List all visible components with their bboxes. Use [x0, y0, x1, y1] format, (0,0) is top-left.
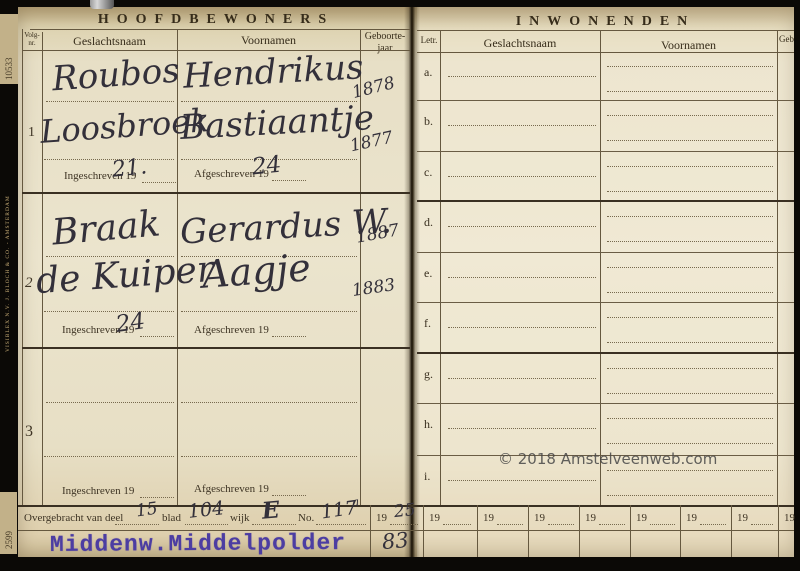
row-letter: i. [424, 469, 430, 484]
ruling-dotted-line [607, 342, 773, 343]
inwonenden-title: INWONENDEN [417, 14, 794, 30]
year-cell-label: 19 [376, 513, 387, 524]
column-header-geslachtsnaam: Geslachtsnaam [42, 35, 177, 49]
binder-post [90, 0, 114, 9]
inwonenden-row: d. [417, 200, 794, 254]
year-cell-label: 19 [636, 513, 647, 524]
ruling-dotted-line [607, 140, 773, 141]
ruling-dotted-line [272, 180, 306, 181]
inwonenden-row: a. [417, 52, 794, 100]
ingeschreven-label: Ingeschreven 19 [62, 486, 134, 497]
ruling-dotted-line [607, 393, 773, 394]
row-letter: g. [424, 367, 433, 382]
handwritten-deel: 15 [135, 501, 159, 521]
handwritten-surname: Braak [51, 206, 162, 251]
year-cell-label: 19 [737, 513, 748, 524]
row-letter: f. [424, 316, 431, 331]
handwritten-firstname: Aagje [201, 248, 312, 293]
ruling-dotted-line [448, 176, 596, 177]
year-cell-label: 19 [483, 513, 494, 524]
ruling-dotted-line [607, 241, 773, 242]
grid-line [579, 505, 580, 557]
entry-number: 1 [28, 126, 35, 140]
year-cell-label: 19 [585, 513, 596, 524]
ruling-dotted-line [599, 524, 625, 525]
afgeschreven-label: Afgeschreven 19 [194, 325, 269, 336]
handwritten-firstname: Hendrikus [182, 50, 364, 93]
ruling-dotted-line [140, 497, 174, 498]
ruling-dotted-line [607, 495, 773, 496]
handwritten-year: 25 [393, 502, 416, 521]
ruling-dotted-line [607, 418, 773, 419]
ruling-dotted-line [497, 524, 523, 525]
inwonenden-row: b. [417, 100, 794, 152]
grid-line [680, 505, 681, 557]
ruling-dotted-line [607, 191, 773, 192]
ruling-dotted-line [448, 428, 596, 429]
ruling-dotted-line [448, 226, 596, 227]
grid-line [423, 505, 424, 557]
column-header-inw-voornamen: Voornamen [600, 39, 777, 53]
ruling-dotted-line [448, 378, 596, 379]
grid-line [778, 505, 779, 557]
ruling-dotted-line [751, 524, 773, 525]
ruling-dotted-line [700, 524, 726, 525]
ruling-dotted-line [650, 524, 675, 525]
ruling-dotted-line [448, 277, 596, 278]
grid-line [630, 505, 631, 557]
ruling-dotted-line [181, 311, 357, 312]
column-header-voornamen: Voornamen [177, 34, 360, 48]
ruling-dotted-line [142, 182, 176, 183]
no-label: No. [298, 513, 314, 524]
grid-line [528, 505, 529, 557]
year-cell-label: 19 [534, 513, 545, 524]
handwritten-year: 21. [111, 156, 148, 182]
inwonenden-row: f. [417, 302, 794, 353]
handwritten-wijk: E [261, 498, 280, 522]
ruling-dotted-line [607, 470, 773, 471]
printer-mark: VISIBLEX N.V. J. BLOCH & CO. - AMSTERDAM [5, 195, 11, 352]
entry-separator [22, 192, 410, 194]
year-cell-label: 19 [429, 513, 440, 524]
ruling-dotted-line [44, 456, 174, 457]
ruling-dotted-line [115, 524, 159, 525]
ruling-dotted-line [607, 267, 773, 268]
ruling-dotted-line [181, 402, 357, 403]
row-letter: e. [424, 266, 432, 281]
hoofdbewoners-title: HOOFDBEWONERS [22, 12, 410, 28]
handwritten-blad: 104 [187, 499, 225, 522]
ruling-dotted-line [607, 91, 773, 92]
handwritten-value: 83 [381, 530, 409, 553]
grid-line [477, 505, 478, 557]
column-header-inw-geslachtsnaam: Geslachtsnaam [440, 37, 600, 51]
ruling-dotted-line [252, 524, 296, 525]
ruling-dotted-line [448, 480, 596, 481]
grid-line [22, 29, 23, 505]
handwritten-year: 24 [115, 310, 147, 337]
entry-number: 2 [25, 276, 33, 291]
ruling-dotted-line [140, 336, 174, 337]
inwonenden-row: c. [417, 151, 794, 201]
serial-number-bottom: 2599 [4, 531, 14, 549]
ruling-dotted-line [607, 115, 773, 116]
ruling-dotted-line [607, 368, 773, 369]
row-letter: b. [424, 114, 433, 129]
handwritten-year: 24 [251, 154, 283, 180]
blad-label: blad [162, 513, 181, 524]
ruling-dotted-line [316, 524, 366, 525]
row-letter: a. [424, 65, 432, 80]
ruling-dotted-line [448, 125, 596, 126]
year-cell-label: 19 [686, 513, 697, 524]
ruling-dotted-line [448, 76, 596, 77]
year-cell-label: 19 [784, 513, 795, 524]
ruling-dotted-line [44, 311, 174, 312]
handwritten-firstname: Bastiaantje [179, 101, 375, 145]
grid-line [370, 505, 371, 557]
ruling-dotted-line [272, 336, 306, 337]
wijk-label: wijk [230, 513, 250, 524]
grid-line [731, 505, 732, 557]
column-header-inw-geboortejaar: Geb. [779, 34, 794, 44]
copyright-watermark: © 2018 Amstelveenweb.com [498, 450, 717, 468]
ruling-dotted-line [607, 66, 773, 67]
inwonenden-row: g. [417, 352, 794, 405]
entry-number: 3 [25, 424, 33, 440]
ruling-dotted-line [607, 216, 773, 217]
serial-number-top: 10533 [4, 58, 14, 81]
row-letter: c. [424, 165, 432, 180]
row-letter: d. [424, 215, 433, 230]
overgebracht-label: Overgebracht van deel [24, 513, 123, 524]
column-header-letr: Letr. [418, 35, 440, 45]
handwritten-surname: Roubos [51, 54, 181, 97]
row-letter: h. [424, 417, 433, 432]
register-scan: 10533 VISIBLEX N.V. J. BLOCH & CO. - AMS… [0, 0, 800, 571]
inwonenden-row: h. [417, 403, 794, 456]
ruling-dotted-line [46, 402, 174, 403]
column-header-volgnr: Volg-nr. [23, 31, 41, 47]
ruling-dotted-line [607, 317, 773, 318]
ruling-dotted-line [607, 292, 773, 293]
grid-line [417, 30, 794, 31]
ruling-dotted-line [607, 166, 773, 167]
ruling-dotted-line [443, 524, 471, 525]
entry-separator [22, 347, 410, 349]
ruling-dotted-line [44, 159, 174, 160]
ruling-dotted-line [390, 524, 418, 525]
inwonenden-row: e. [417, 252, 794, 303]
grid-line [30, 29, 410, 30]
ruling-dotted-line [46, 101, 174, 102]
ruling-dotted-line [448, 327, 596, 328]
afgeschreven-label: Afgeschreven 19 [194, 484, 269, 495]
municipality-stamp: Middenw.Middelpolder [50, 530, 346, 558]
ruling-dotted-line [548, 524, 574, 525]
ruling-dotted-line [607, 443, 773, 444]
handwritten-no-suffix: a [351, 496, 360, 509]
ruling-dotted-line [185, 524, 228, 525]
ruling-dotted-line [181, 456, 357, 457]
